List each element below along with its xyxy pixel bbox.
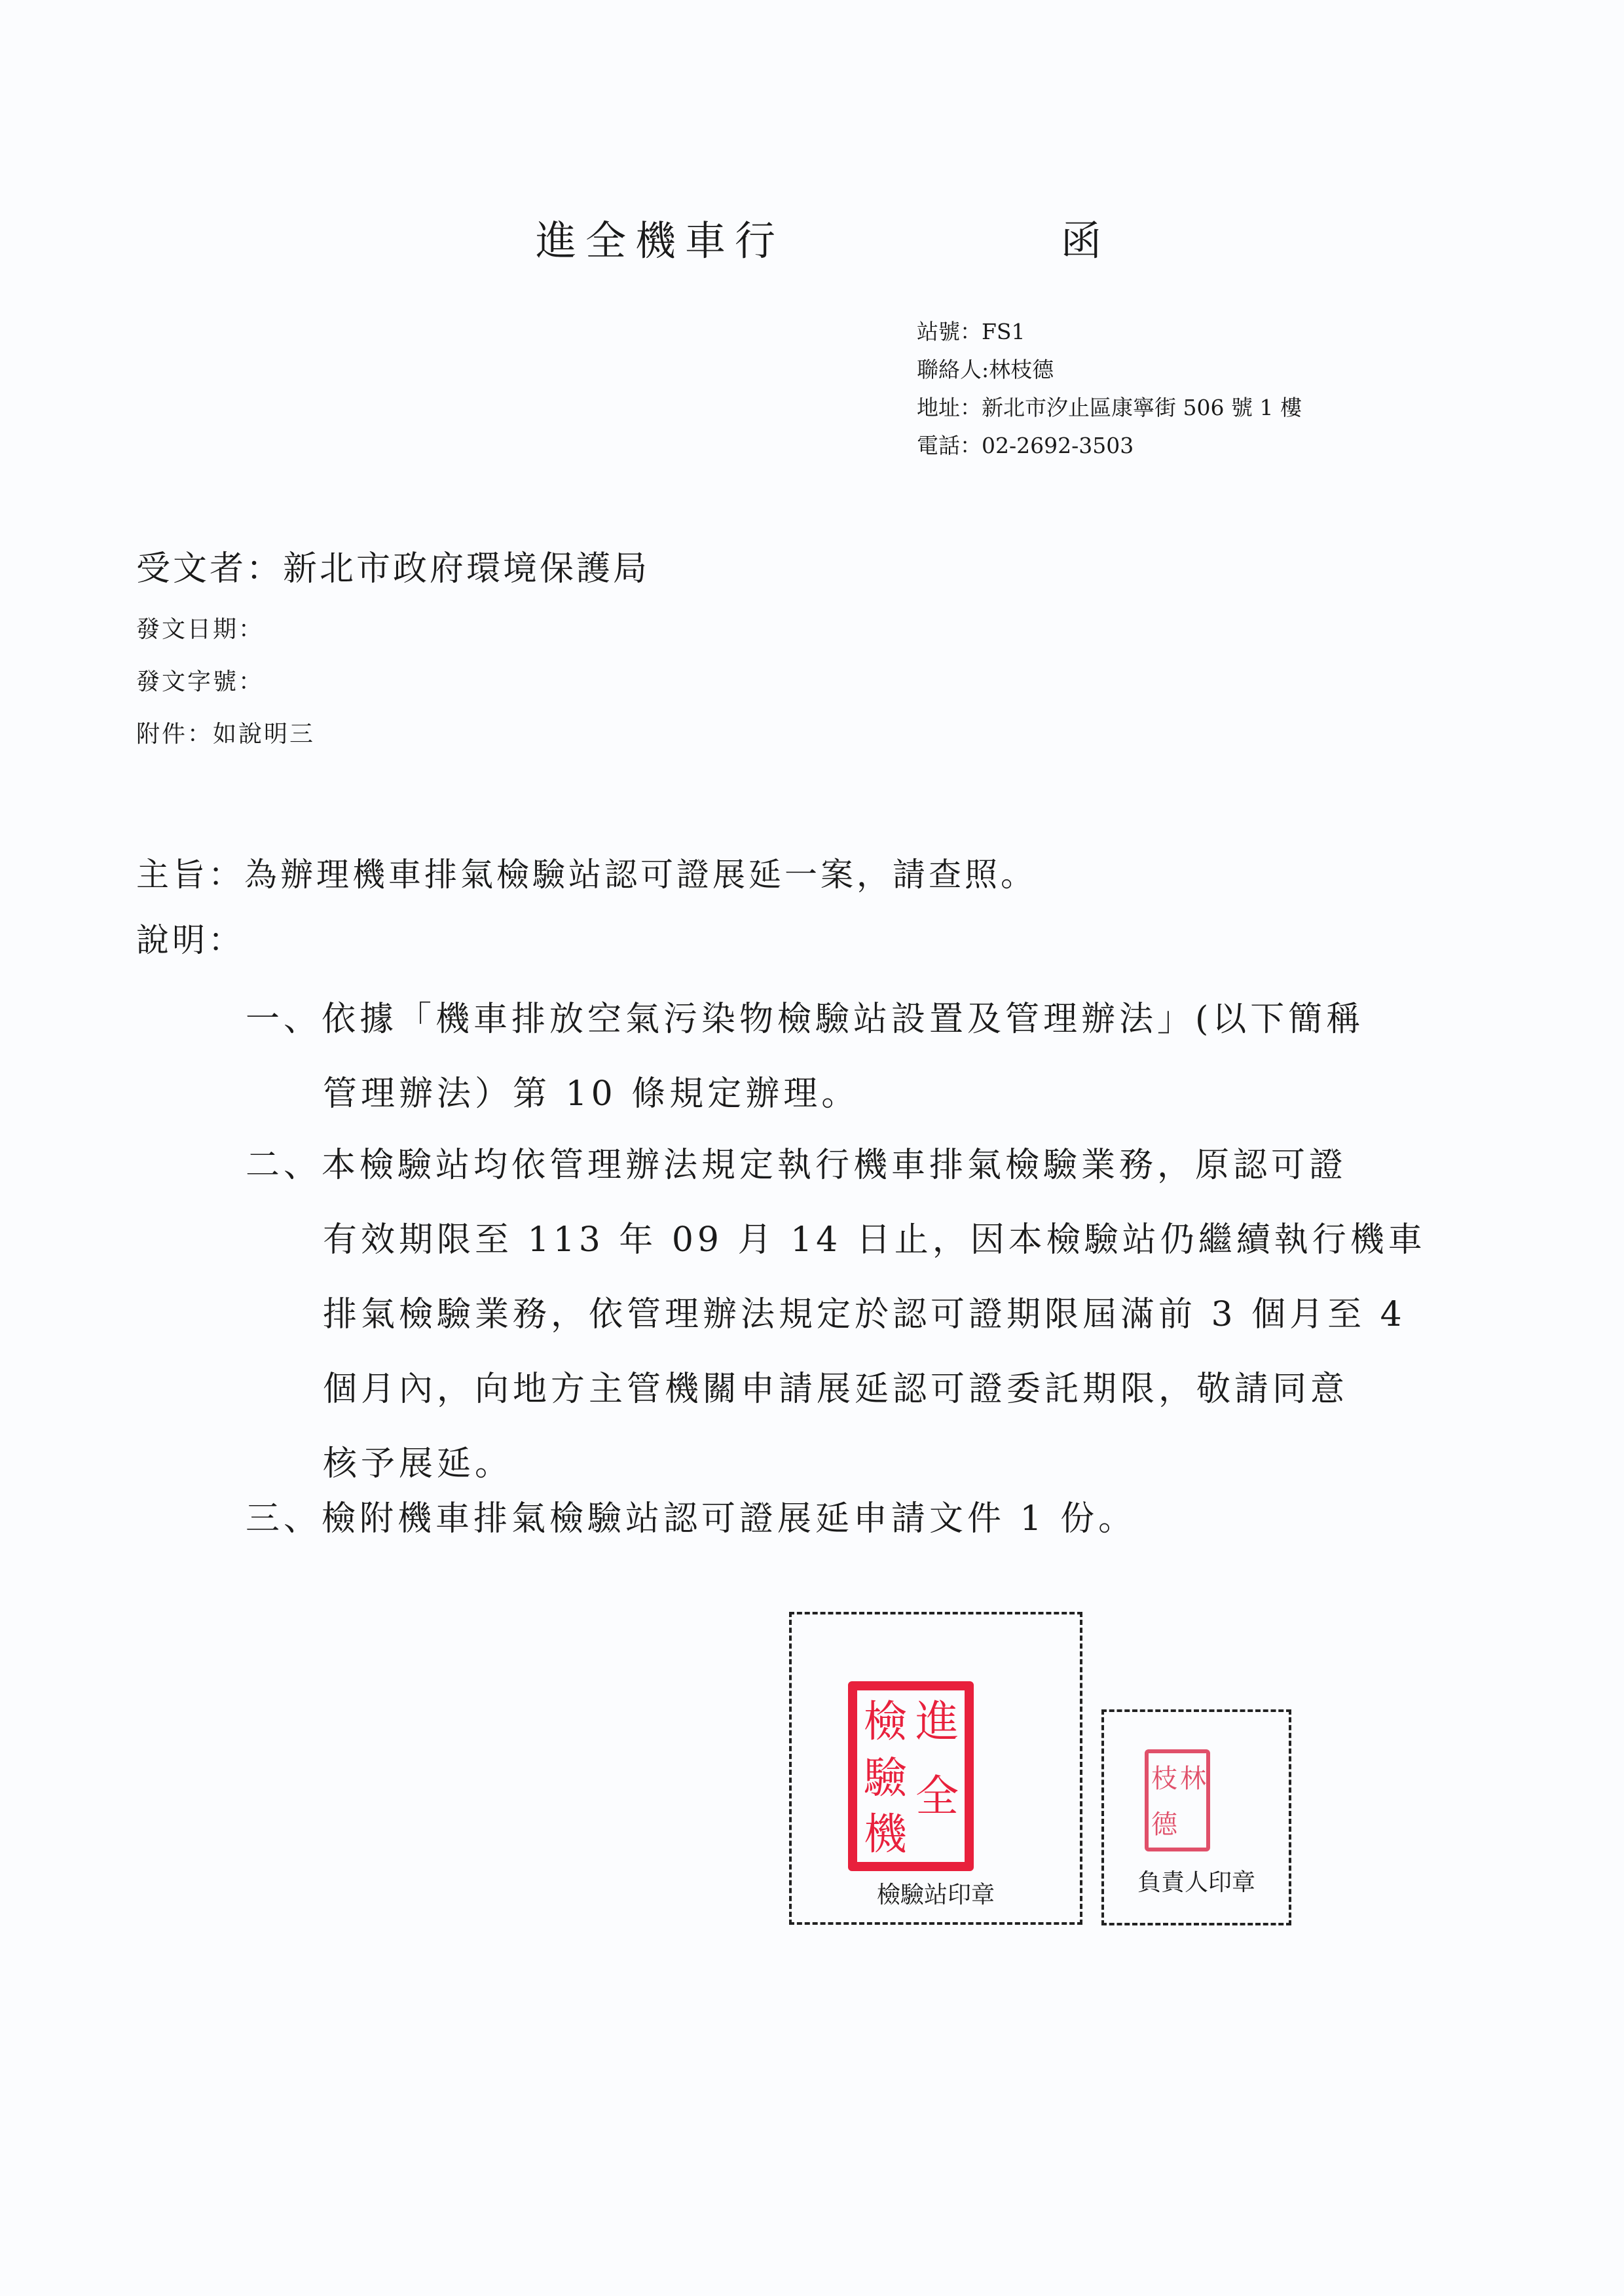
address: 地址：新北市汐止區康寧街 506 號 1 樓 bbox=[917, 389, 1302, 427]
seal-glyph: 全 bbox=[911, 1769, 963, 1824]
seal-glyph: 檢 bbox=[861, 1694, 910, 1749]
station-number: 站號：FS1 bbox=[917, 313, 1302, 351]
sender-info-block: 站號：FS1 聯絡人:林枝德 地址：新北市汐止區康寧街 506 號 1 樓 電話… bbox=[917, 313, 1302, 465]
item-line: 有效期限至 113 年 09 月 14 日止，因本檢驗站仍繼續執行機車 bbox=[246, 1203, 1426, 1277]
explanation-item-1: 一、依據「機車排放空氣污染物檢驗站設置及管理辦法」(以下簡稱 管理辦法）第 10… bbox=[246, 982, 1364, 1131]
contact-person: 聯絡人:林枝德 bbox=[917, 351, 1302, 389]
issue-number: 發文字號： bbox=[136, 656, 315, 708]
seal-glyph: 驗 bbox=[861, 1751, 910, 1806]
issue-date: 發文日期： bbox=[136, 604, 315, 656]
seal-glyph: 德 bbox=[1150, 1802, 1179, 1848]
item-line: 排氣檢驗業務，依管理辦法規定於認可證期限屆滿前 3 個月至 4 bbox=[246, 1277, 1426, 1352]
item-line: 三、檢附機車排氣檢驗站認可證展延申請文件 1 份。 bbox=[246, 1482, 1136, 1556]
explanation-label: 說明： bbox=[136, 914, 244, 961]
subject-line: 主旨：為辦理機車排氣檢驗站認可證展延一案，請查照。 bbox=[136, 848, 1037, 896]
explanation-item-3: 三、檢附機車排氣檢驗站認可證展延申請文件 1 份。 bbox=[246, 1482, 1136, 1556]
recipient: 受文者：新北市政府環境保護局 bbox=[136, 541, 650, 590]
item-line: 個月內，向地方主管機關申請展延認可證委託期限，敬請同意 bbox=[246, 1352, 1426, 1427]
owner-seal-caption: 負責人印章 bbox=[1104, 1864, 1289, 1897]
explanation-item-2: 二、本檢驗站均依管理辦法規定執行機車排氣檢驗業務，原認可證 有效期限至 113 … bbox=[246, 1128, 1426, 1501]
seal-glyph: 枝 bbox=[1150, 1756, 1179, 1802]
seal-glyph: 林 bbox=[1179, 1756, 1208, 1802]
document-meta: 發文日期： 發文字號： 附件：如說明三 bbox=[136, 604, 315, 761]
station-seal-stamp: 檢 進 驗 全 機 bbox=[848, 1681, 974, 1871]
station-seal-box: 檢 進 驗 全 機 檢驗站印章 bbox=[789, 1612, 1082, 1925]
owner-seal-box: 枝 林 德 負責人印章 bbox=[1101, 1709, 1291, 1925]
sender-org-title: 進全機車行 bbox=[536, 208, 784, 266]
item-line: 管理辦法）第 10 條規定辦理。 bbox=[246, 1057, 1364, 1131]
owner-seal-stamp: 枝 林 德 bbox=[1145, 1749, 1210, 1851]
seal-glyph: 進 bbox=[911, 1694, 963, 1749]
seal-glyph: 機 bbox=[861, 1807, 910, 1862]
item-line: 二、本檢驗站均依管理辦法規定執行機車排氣檢驗業務，原認可證 bbox=[246, 1128, 1426, 1203]
item-line: 一、依據「機車排放空氣污染物檢驗站設置及管理辦法」(以下簡稱 bbox=[246, 982, 1364, 1057]
document-type: 函 bbox=[1061, 208, 1101, 266]
station-seal-caption: 檢驗站印章 bbox=[792, 1876, 1080, 1910]
phone: 電話：02-2692-3503 bbox=[917, 427, 1302, 465]
attachment: 附件：如說明三 bbox=[136, 708, 315, 761]
